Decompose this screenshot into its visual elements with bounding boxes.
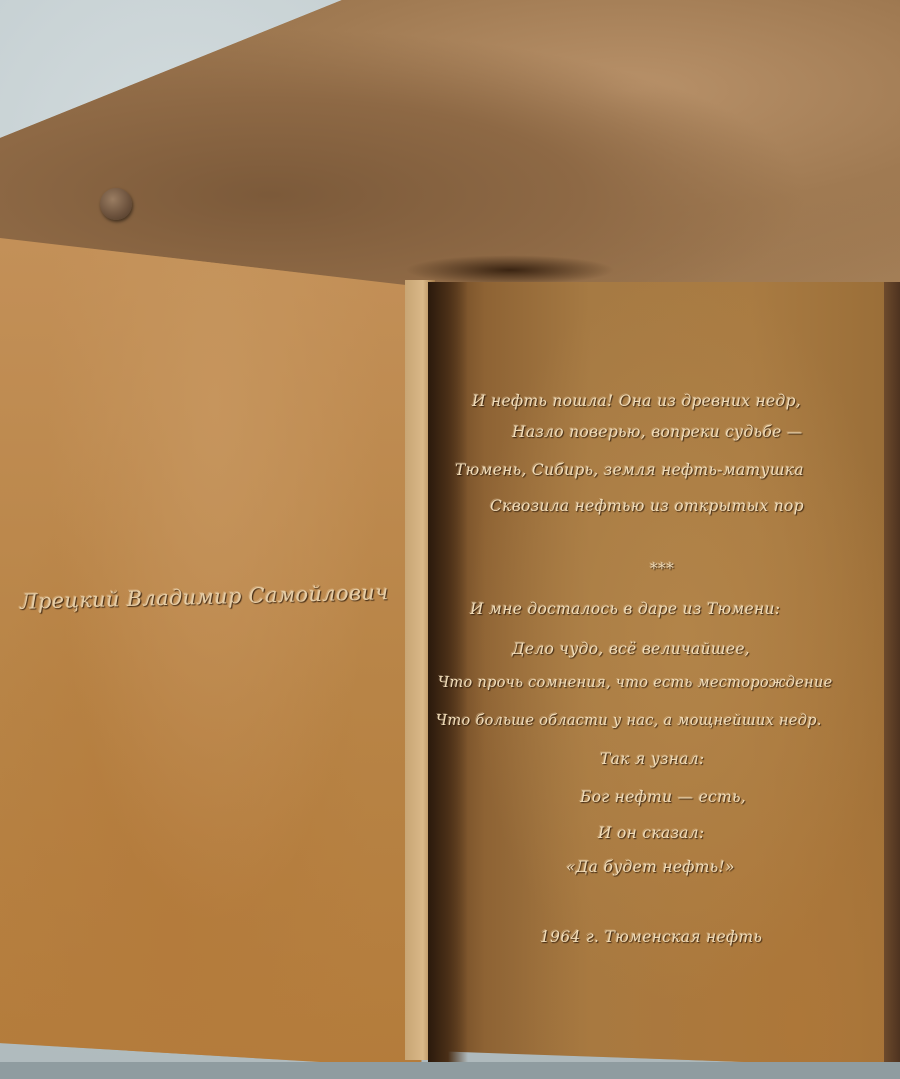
book-gutter — [428, 282, 468, 1062]
poem-line: Дело чудо, всё величайшее, — [512, 640, 750, 658]
ground-strip — [0, 1062, 900, 1079]
poem-line: Бог нефти — есть, — [580, 788, 746, 806]
spine-shadow — [405, 255, 615, 285]
rivet-detail — [100, 188, 132, 220]
left-page — [0, 238, 430, 1068]
poem-line: Сквозила нефтью из открытых пор — [490, 497, 804, 515]
poem-line: Что больше области у нас, а мощнейших не… — [436, 713, 822, 729]
right-page-edge — [884, 282, 900, 1072]
poem-line: Назло поверью, вопреки судьбе — — [512, 423, 803, 441]
poem-line: Тюмень, Сибирь, земля нефть-матушка — [455, 461, 804, 479]
poem-line: Что прочь сомнения, что есть месторожден… — [438, 675, 833, 691]
poem-line: И нефть пошла! Она из древних недр, — [472, 392, 801, 410]
poem-date-line: 1964 г. Тюменская нефть — [540, 928, 762, 946]
poem-line: Так я узнал: — [600, 750, 705, 768]
poem-line: И мне досталось в даре из Тюмени: — [470, 600, 780, 618]
poem-line: И он сказал: — [598, 824, 704, 842]
poem-line: «Да будет нефть!» — [566, 858, 735, 876]
poem-separator: *** — [650, 560, 674, 578]
